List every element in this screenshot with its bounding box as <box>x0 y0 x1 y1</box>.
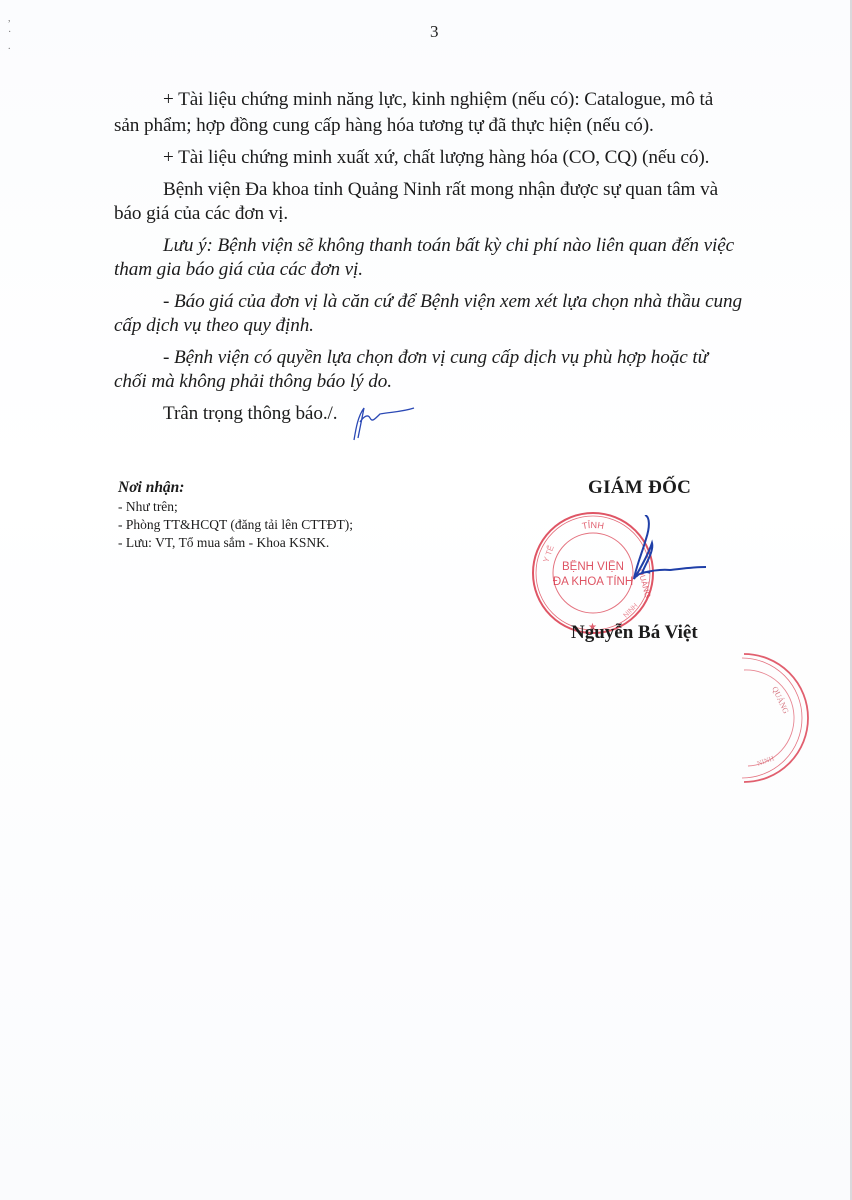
recipients-title: Nơi nhận: <box>118 479 184 497</box>
recipient-item: - Phòng TT&HCQT (đăng tải lên CTTĐT); <box>118 517 353 533</box>
svg-text:TỈNH: TỈNH <box>581 519 604 531</box>
director-signature <box>620 515 720 595</box>
seal-right-text: QUẢNG <box>770 685 791 716</box>
stamp-line1: BỆNH VIỆN <box>562 560 624 573</box>
body-line: báo giá của các đơn vị. <box>114 203 288 225</box>
body-line: Bệnh viện Đa khoa tỉnh Quảng Ninh rất mo… <box>163 179 718 201</box>
note-line: cấp dịch vụ theo quy định. <box>114 315 314 337</box>
scan-specks: ,·. <box>8 12 11 54</box>
note-line: chối mà không phải thông báo lý do. <box>114 371 392 393</box>
body-line: + Tài liệu chứng minh xuất xứ, chất lượn… <box>163 147 709 169</box>
note-line: - Bệnh viện có quyền lựa chọn đơn vị cun… <box>163 347 708 369</box>
initials-signature <box>340 400 420 445</box>
stamp-top-text: TỈNH <box>581 519 604 531</box>
signer-position: GIÁM ĐỐC <box>588 477 691 499</box>
recipient-item: - Lưu: VT, Tổ mua sắm - Khoa KSNK. <box>118 535 329 551</box>
body-line: sản phẩm; hợp đồng cung cấp hàng hóa tươ… <box>114 115 654 137</box>
closing-line: Trân trọng thông báo./. <box>163 403 337 425</box>
note-line: tham gia báo giá của các đơn vị. <box>114 259 363 281</box>
note-line: Lưu ý: Bệnh viện sẽ không thanh toán bất… <box>163 235 734 257</box>
seal-bottom-text: NINH <box>756 754 775 768</box>
note-line: - Báo giá của đơn vị là căn cứ để Bệnh v… <box>163 291 742 313</box>
page-seal-stamp: QUẢNG NINH <box>740 648 852 788</box>
stamp-bottom-text: NINH <box>622 602 639 619</box>
signer-name: Nguyễn Bá Việt <box>571 622 698 644</box>
recipient-item: - Như trên; <box>118 499 178 515</box>
page-number: 3 <box>430 22 439 42</box>
body-line: + Tài liệu chứng minh năng lực, kinh ngh… <box>163 89 713 111</box>
